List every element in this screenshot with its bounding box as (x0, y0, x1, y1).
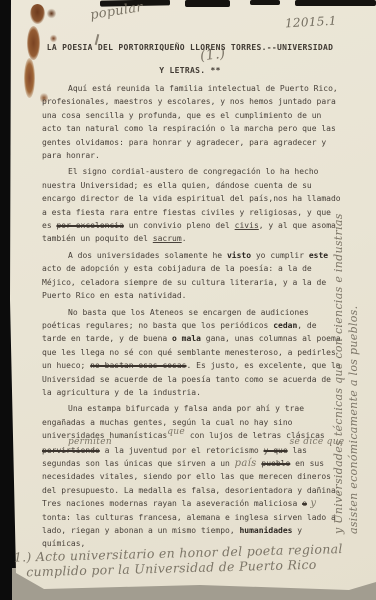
scan-edge-mark (295, 0, 376, 6)
rust-stain (47, 8, 56, 19)
typed-segment: a la juventud por el retoricismo (100, 446, 264, 455)
struck-segment: por excelencia (56, 221, 123, 230)
overtyped-segment: cedan (273, 321, 297, 330)
handwritten-insertion: que (167, 427, 185, 437)
overtyped-segment: humanidades (239, 526, 292, 535)
paragraph: El signo cordial-austero de congregación… (42, 165, 342, 245)
rust-stain (27, 26, 40, 60)
archive-number: 12015.1 (285, 14, 337, 31)
paragraph: Aquí está reunida la familia intelectual… (42, 82, 342, 162)
body-text: Aquí está reunida la familia intelectual… (42, 82, 342, 554)
typed-segment: yo cumplir (251, 251, 309, 260)
struck-segment: no bastan esas cosas (90, 361, 186, 370)
rust-stain (30, 4, 45, 24)
handwritten-correction: permiten (42, 436, 112, 449)
correction-group: pervirtiendopermiten (42, 446, 100, 455)
paragraph: No basta que los Ateneos se encargen de … (42, 306, 342, 400)
page-title-line1: LA POESIA DEL PORTORRIQUEÑO LLORENS TORR… (40, 36, 340, 59)
correction-group: y quese dice que (264, 446, 288, 455)
page-title-line2: Y LETRAS. ** (40, 59, 340, 82)
underlined-term: sacrum (153, 234, 182, 243)
handwritten-correction: y (307, 498, 316, 509)
typed-segment: No basta que los Ateneos se encargen de … (42, 308, 309, 330)
underlined-term: civis (235, 221, 259, 230)
scanned-typescript-page: popular 12015.1 (1.) LA POESIA DEL PORTO… (0, 0, 376, 600)
margin-note-vertical: y Universidades técnicas que con ciencia… (331, 52, 361, 534)
overtyped-segment: este (309, 251, 328, 260)
title-block: LA POESIA DEL PORTORRIQUEÑO LLORENS TORR… (40, 36, 340, 82)
overtyped-segment: o mala (172, 334, 201, 343)
paragraph: Una estampa bifurcada y falsa anda por a… (42, 402, 342, 550)
margin-note-line1: y Universidades técnicas que con ciencia… (331, 52, 346, 534)
margin-note-line2: asisten económicamente a los pueblos. (346, 52, 361, 534)
handwritten-correction: país (235, 458, 257, 469)
struck-segment: pueblo (261, 459, 290, 468)
rust-stain (24, 58, 35, 98)
overtyped-segment: visto (227, 251, 251, 260)
typed-segment: un convivio pleno del (124, 221, 235, 230)
typed-segment: acto de adopción y esta cobijadura de la… (42, 264, 326, 300)
typed-segment: . (182, 234, 187, 243)
scan-edge-mark (185, 0, 230, 7)
scan-edge-mark (250, 0, 280, 5)
typed-segment: Aquí está reunida la familia intelectual… (42, 84, 338, 160)
paragraph: A dos universidades solamente he visto y… (42, 249, 342, 303)
typed-segment: A dos universidades solamente he (68, 251, 227, 260)
